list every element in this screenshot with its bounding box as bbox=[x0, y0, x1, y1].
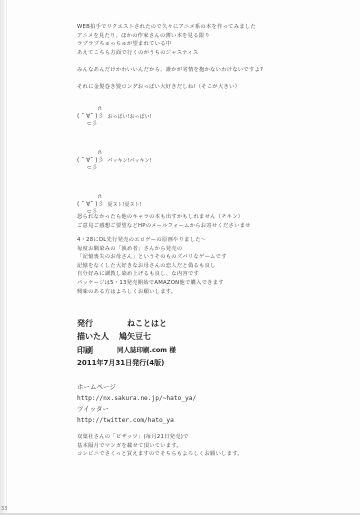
publication-date: 2011年7月31日発行(4版) bbox=[77, 357, 176, 370]
kaomoji-shout: パッキン!パッキン! bbox=[108, 158, 152, 164]
news-line: 自分好みに調教し染め上げるも良し、な内容です bbox=[77, 270, 227, 279]
intro-line: WEB拍手でリクエストされたので久々にアニメ系の本を作ってみました bbox=[77, 23, 256, 32]
text-line: 怒られなかったら他のキャラの本も出すかもしれません（チキン） bbox=[77, 213, 251, 222]
kaomoji-hand-raised: ก bbox=[98, 147, 102, 157]
kaomoji-hand-low: ⊂彡 bbox=[87, 119, 97, 127]
news-line: 4・28にDL先行発売のエロゲーの原画やりました〜 bbox=[77, 236, 227, 245]
printer-name: 同人誌印刷.com 様 bbox=[117, 344, 176, 357]
news-line: 毎度お馴染みの「執め者」さんから発売の bbox=[77, 245, 227, 254]
footer-line: 双葉社さんの「ピザッツ」(毎月21日発売)で bbox=[77, 433, 243, 442]
intro-line: ラブラブちゅっちゅが望まれている中 bbox=[77, 40, 256, 49]
colophon-publisher: 発行 ねことはと bbox=[77, 317, 176, 330]
page-number: 33 bbox=[1, 506, 7, 512]
text-line: みんなあんだけかわいいんだから、誰かが劣情を抱かないわけないですよ? bbox=[77, 66, 263, 75]
artist-label: 描いた人 bbox=[77, 330, 117, 343]
footer-paragraph: 双葉社さんの「ピザッツ」(毎月21日発売)で 基本隔月でマンガを載せて頂いていま… bbox=[77, 433, 243, 459]
kaomoji-shout: 夏ヌト!夏ヌト! bbox=[108, 202, 142, 208]
footer-line: 基本隔月でマンガを載せて頂いています。 bbox=[77, 442, 243, 451]
news-line: パッケージは5・13発売開始でAMAZON他で購入できます bbox=[77, 279, 227, 288]
colophon-artist: 描いた人 鳩矢豆七 bbox=[77, 330, 176, 343]
colophon: 発行 ねことはと 描いた人 鳩矢豆七 印刷 同人誌印刷.com 様 2011年7… bbox=[77, 317, 176, 370]
page-edge-shadow bbox=[0, 0, 5, 515]
intro-line: あえてこちら方面で行くのがうちのジャスティス bbox=[77, 49, 256, 58]
news-line: 記憶をなくした大好きなお母さんの恋人だと偽るも良し bbox=[77, 262, 227, 271]
footer-line: コンビニでさくっと買えますのでそちらもよろしくお願いします。 bbox=[77, 450, 243, 459]
colophon-printer: 印刷 同人誌印刷.com 様 bbox=[77, 344, 176, 357]
artist-name: 鳩矢豆七 bbox=[119, 330, 151, 343]
kaomoji-hand-raised: ก bbox=[98, 191, 102, 201]
kaomoji-chant-2: ก ( ˘ ∀˘ )彡パッキン!パッキン! ⊂彡 bbox=[77, 155, 151, 164]
paragraph-2: みんなあんだけかわいいんだから、誰かが劣情を抱かないわけないですよ? bbox=[77, 66, 263, 75]
publisher-name: ねことはと bbox=[127, 317, 167, 330]
kaomoji-hand-raised: ก bbox=[98, 103, 102, 113]
page-edge-line bbox=[6, 0, 7, 515]
kaomoji-chant-3: ก ( ˘ ∀˘ )彡夏ヌト!夏ヌト! ⊂彡 bbox=[77, 199, 142, 208]
kaomoji-hand-low: ⊂彡 bbox=[87, 163, 97, 171]
links-section: ホームページ http://nx.sakura.ne.jp/~hato_ya/ … bbox=[77, 382, 196, 426]
intro-line: アニメを見たり、ほかの作家さんの薄い本を見る限り bbox=[77, 32, 256, 41]
intro-paragraph: WEB拍手でリクエストされたので久々にアニメ系の本を作ってみました アニメを見た… bbox=[77, 23, 256, 57]
kaomoji-shout: おっぱい!おっぱい! bbox=[108, 114, 152, 120]
twitter-url: http://twitter.com/hato_ya bbox=[77, 415, 196, 426]
kaomoji-chant-1: ก ( ˘ ∀˘ )彡おっぱい!おっぱい! ⊂彡 bbox=[77, 111, 152, 120]
publisher-label: 発行 bbox=[77, 317, 117, 330]
homepage-label: ホームページ bbox=[77, 382, 196, 393]
text-line: それに金髪巻き髪ロングおっぱい大好きだしね!（そこが大きい） bbox=[77, 83, 240, 92]
printer-label: 印刷 bbox=[77, 344, 117, 357]
news-line: 「記憶喪失のお母さん」というそのものズバリなゲームです bbox=[77, 253, 227, 262]
paragraph-3: それに金髪巻き髪ロングおっぱい大好きだしね!（そこが大きい） bbox=[77, 83, 240, 92]
homepage-url: http://nx.sakura.ne.jp/~hato_ya/ bbox=[77, 393, 196, 404]
paragraph-4: 怒られなかったら他のキャラの本も出すかもしれません（チキン） ご意見ご感想ご要望… bbox=[77, 213, 251, 230]
news-paragraph: 4・28にDL先行発売のエロゲーの原画やりました〜 毎度お馴染みの「執め者」さん… bbox=[77, 236, 227, 296]
text-line: ご意見ご感想ご要望などHPのメールフォームからお寄せくださいませ bbox=[77, 222, 251, 231]
news-line: 興味のある方はよろしくお願いします。 bbox=[77, 288, 227, 297]
twitter-label: ツイッター bbox=[77, 404, 196, 415]
